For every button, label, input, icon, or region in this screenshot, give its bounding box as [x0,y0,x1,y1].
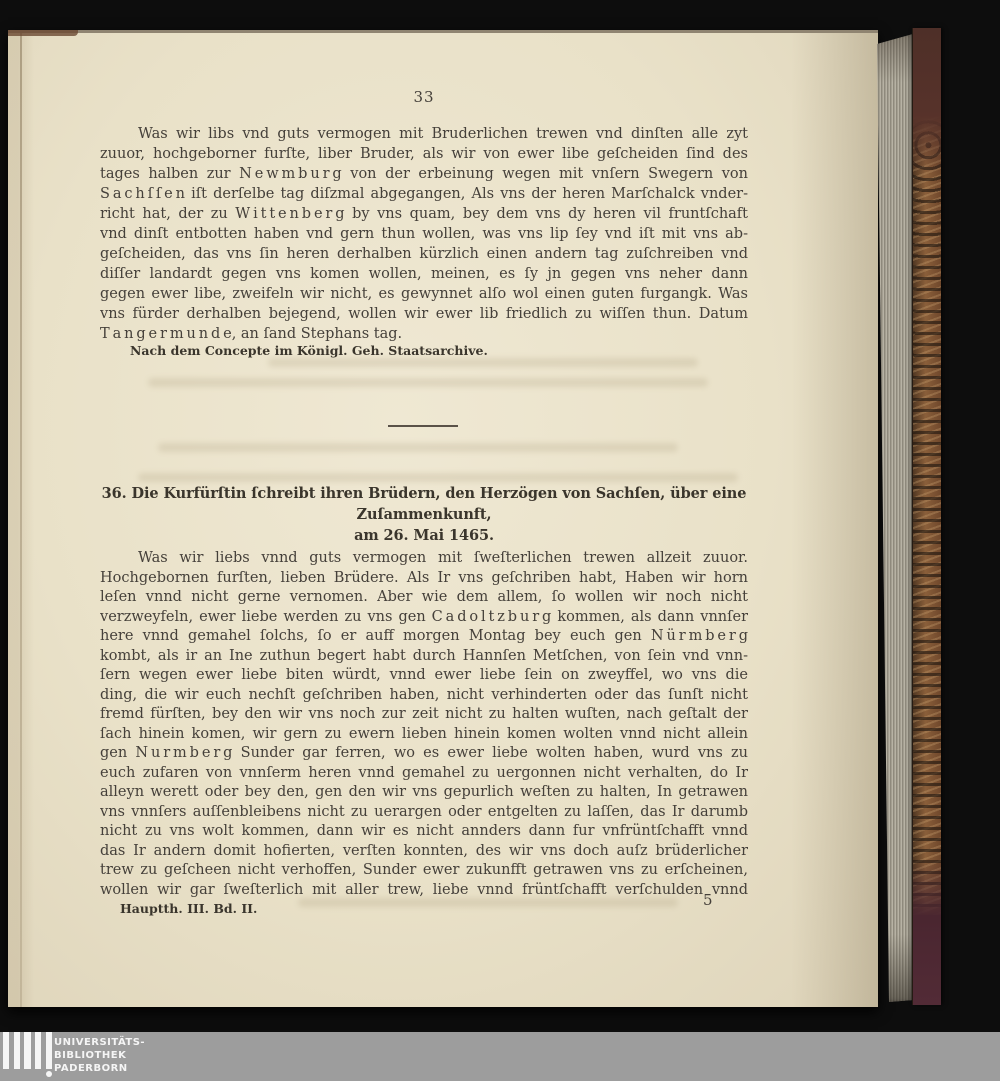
library-logo-bar [24,1032,30,1069]
library-name-line2: BIBLIOTHEK [54,1049,145,1062]
library-logo-bar [35,1032,41,1069]
page-number: 33 [100,88,748,106]
page-gutter-crease [20,33,22,1007]
library-logo-bar [46,1032,52,1069]
library-logo-bar [14,1032,20,1069]
sheet-signature-mark: 5 [703,891,713,909]
book-page: 33 Was wir libs vnd guts vermogen mit Br… [8,30,878,1007]
library-logo-dot [46,1071,52,1077]
volume-signature: Hauptth. III. Bd. II. [120,901,257,916]
letter-text-document-35: Was wir libs vnd guts vermogen mit Brude… [100,124,748,344]
marbled-cover-edge [912,28,941,1005]
book-page-edges [877,34,913,1002]
archival-source-note: Nach dem Concepte im Königl. Geh. Staats… [130,343,488,358]
page-showthrough [158,443,678,452]
library-footer-bar: UNIVERSITÄTS- BIBLIOTHEK PADERBORN [0,1032,1000,1081]
document-36-heading-line2: am 26. Mai 1465. [100,525,748,546]
binding-corner-top-left [8,30,78,36]
page-showthrough [268,358,698,367]
page-showthrough [148,378,708,387]
library-name-line1: UNIVERSITÄTS- [54,1036,145,1049]
scanned-book-photo: 33 Was wir libs vnd guts vermogen mit Br… [0,0,1000,1081]
section-divider-rule [388,425,458,427]
library-name: UNIVERSITÄTS- BIBLIOTHEK PADERBORN [54,1036,145,1075]
document-36-heading-line1: 36. Die Kurfürſtin ſchreibt ihren Brüder… [100,483,748,525]
document-36-heading: 36. Die Kurfürſtin ſchreibt ihren Brüder… [100,483,748,546]
letter-text-document-36: Was wir liebs vnnd guts vermogen mit ſwe… [100,549,748,900]
library-logo-bar [3,1032,9,1069]
page-showthrough [138,473,738,482]
library-name-line3: PADERBORN [54,1062,145,1075]
